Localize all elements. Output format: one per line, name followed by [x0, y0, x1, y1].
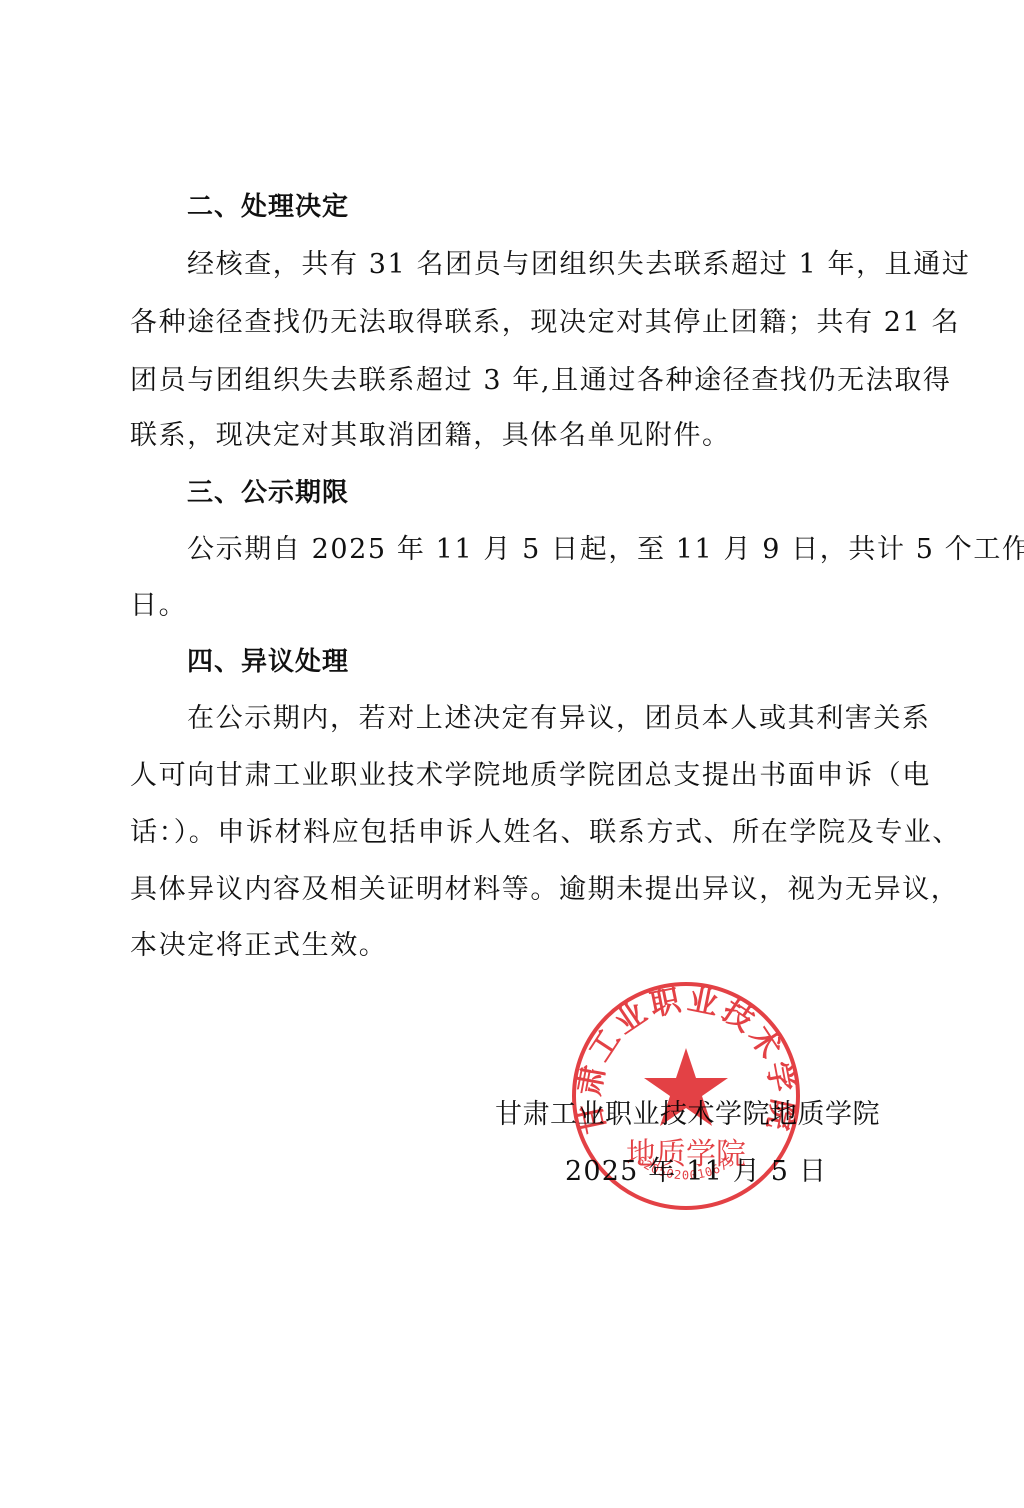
- paragraph-line: 本决定将正式生效。: [130, 929, 892, 963]
- section-heading-notice-period: 三、公示期限: [187, 476, 349, 510]
- paragraph-line: 日。: [130, 589, 892, 623]
- paragraph-line: 在公示期内，若对上述决定有异议，团员本人或其利害关系: [187, 702, 892, 736]
- section-heading-objection: 四、异议处理: [187, 645, 349, 679]
- paragraph-line: 各种途径查找仍无法取得联系，现决定对其停止团籍；共有 21 名: [130, 306, 892, 340]
- paragraph-line: 话：）。申诉材料应包括申诉人姓名、联系方式、所在学院及专业、: [130, 816, 892, 850]
- paragraph-line: 经核查，共有 31 名团员与团组织失去联系超过 1 年，且通过: [187, 248, 892, 282]
- paragraph-line: 公示期自 2025 年 11 月 5 日起，至 11 月 9 日，共计 5 个工…: [187, 533, 892, 567]
- star-icon: [644, 1048, 728, 1126]
- paragraph-line: 人可向甘肃工业职业技术学院地质学院团总支提出书面申诉（电: [130, 759, 892, 793]
- official-seal-stamp: 甘肃工业职业技术学院 地质学院 6205020010675: [568, 978, 804, 1214]
- document-page: 二、处理决定 经核查，共有 31 名团员与团组织失去联系超过 1 年，且通过 各…: [0, 0, 1024, 1508]
- paragraph-line: 联系，现决定对其取消团籍，具体名单见附件。: [130, 419, 892, 453]
- section-heading-decision: 二、处理决定: [187, 190, 349, 224]
- paragraph-line: 团员与团组织失去联系超过 3 年,且通过各种途径查找仍无法取得: [130, 364, 892, 398]
- paragraph-line: 具体异议内容及相关证明材料等。逾期未提出异议，视为无异议，: [130, 873, 892, 907]
